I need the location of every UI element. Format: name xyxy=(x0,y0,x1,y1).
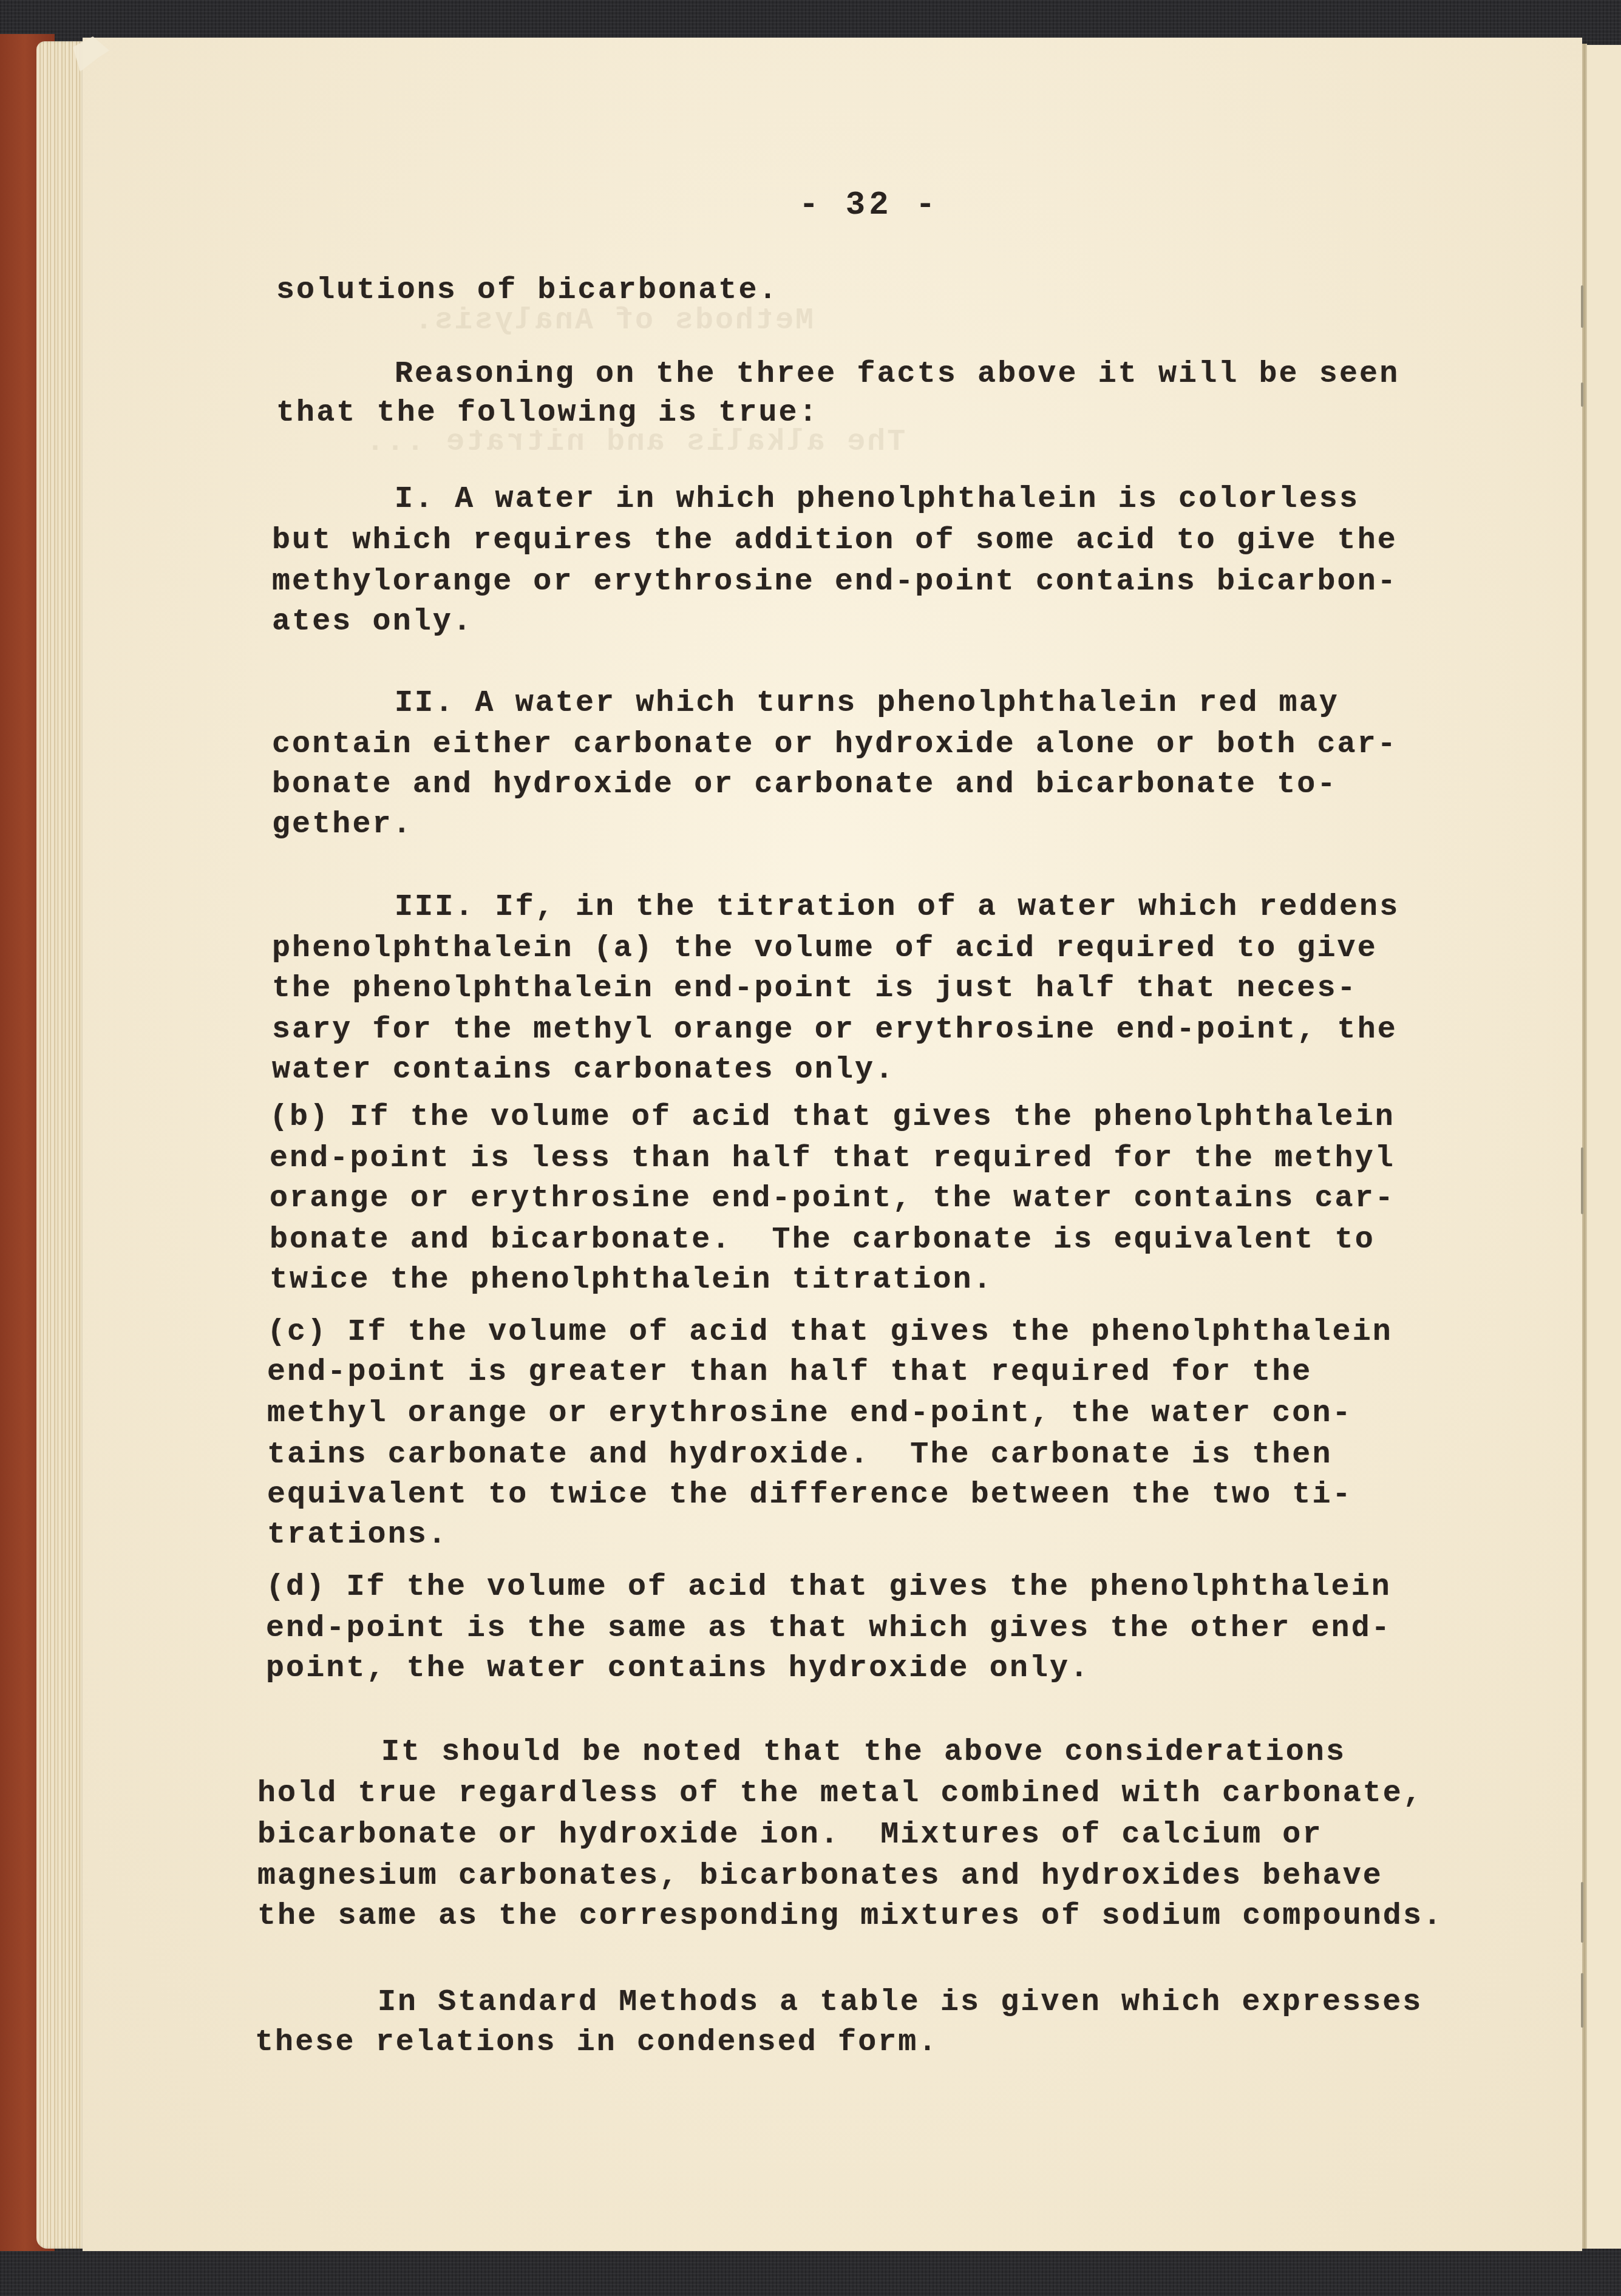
text-line: water contains carbonates only. xyxy=(272,1053,895,1087)
text-line: phenolphthalein (a) the volume of acid r… xyxy=(272,931,1378,966)
text-line: II. A water which turns phenolphthalein … xyxy=(395,686,1339,721)
text-line: these relations in condensed form. xyxy=(255,2025,939,2060)
text-line: Reasoning on the three facts above it wi… xyxy=(395,357,1399,392)
text-line: (b) If the volume of acid that gives the… xyxy=(270,1100,1395,1135)
text-line: trations. xyxy=(267,1518,448,1552)
page-stack-edges xyxy=(36,41,84,2249)
text-line: hold true regardless of the metal combin… xyxy=(257,1776,1423,1811)
text-line: methylorange or erythrosine end-point co… xyxy=(272,565,1398,599)
text-line: methyl orange or erythrosine end-point, … xyxy=(267,1396,1353,1431)
text-line: twice the phenolphthalein titration. xyxy=(270,1263,993,1297)
text-line: gether. xyxy=(272,807,413,842)
text-line: (c) If the volume of acid that gives the… xyxy=(267,1315,1393,1350)
text-line: contain either carbonate or hydroxide al… xyxy=(272,727,1398,762)
text-line: point, the water contains hydroxide only… xyxy=(266,1651,1090,1686)
text-line: end-point is less than half that require… xyxy=(270,1141,1395,1176)
text-line: It should be noted that the above consid… xyxy=(381,1735,1346,1770)
text-line: (d) If the volume of acid that gives the… xyxy=(266,1570,1392,1605)
binding-thread-mark xyxy=(1581,1973,1583,2028)
text-line: end-point is the same as that which give… xyxy=(266,1611,1392,1646)
text-line: that the following is true: xyxy=(276,396,819,430)
binding-thread-mark xyxy=(1581,1882,1583,1943)
text-line: end-point is greater than half that requ… xyxy=(267,1355,1312,1390)
text-line: bonate and hydroxide or carbonate and bi… xyxy=(272,767,1337,802)
binding-thread-mark xyxy=(1581,1147,1583,1214)
text-line: the same as the corresponding mixtures o… xyxy=(257,1899,1443,1934)
text-line: orange or erythrosine end-point, the wat… xyxy=(270,1181,1395,1216)
text-line: bonate and bicarbonate. The carbonate is… xyxy=(270,1223,1375,1257)
binding-thread-mark xyxy=(1581,285,1583,328)
text-line: bicarbonate or hydroxide ion. Mixtures o… xyxy=(257,1818,1323,1852)
text-line: but which requires the addition of some … xyxy=(272,523,1398,558)
text-line: magnesium carbonates, bicarbonates and h… xyxy=(257,1859,1383,1894)
text-line: solutions of bicarbonate. xyxy=(276,273,779,308)
text-line: I. A water in which phenolphthalein is c… xyxy=(395,482,1359,517)
text-line: the phenolphthalein end-point is just ha… xyxy=(272,971,1358,1006)
binding-thread-mark xyxy=(1581,382,1583,407)
text-line: sary for the methyl orange or erythrosin… xyxy=(272,1013,1398,1047)
text-line: equivalent to twice the difference betwe… xyxy=(267,1478,1353,1512)
page-number: - 32 - xyxy=(799,187,939,224)
show-through-text: Methods of Analysis. xyxy=(413,304,814,338)
facing-page-edge xyxy=(1587,45,1621,2249)
text-line: III. If, in the titration of a water whi… xyxy=(395,890,1399,925)
text-line: In Standard Methods a table is given whi… xyxy=(378,1985,1422,2020)
text-line: ates only. xyxy=(272,605,473,639)
text-line: tains carbonate and hydroxide. The carbo… xyxy=(267,1438,1333,1472)
